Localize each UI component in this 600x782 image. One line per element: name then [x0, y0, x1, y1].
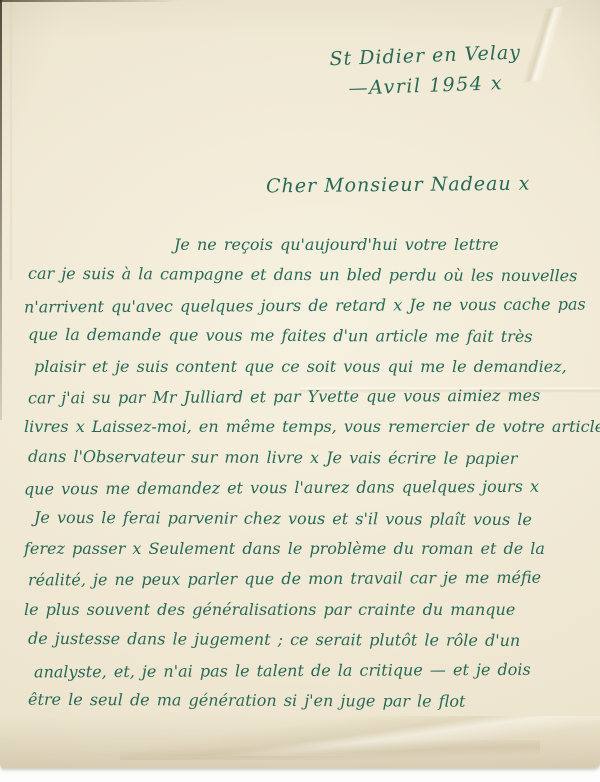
letter-line: de justesse dans le jugement ; ce serait… [28, 624, 576, 657]
letter-photo: St Didier en Velay —Avril 1954 x Cher Mo… [0, 0, 600, 782]
letter-header: St Didier en Velay —Avril 1954 x [329, 40, 571, 100]
letter-line: le plus souvent des généralisations par … [24, 595, 576, 625]
letter-line: réalité, je ne peux parler que de mon tr… [28, 563, 576, 596]
photo-edge-shadow [0, 0, 2, 420]
letter-line: car j'ai su par Mr Julliard et par Yvett… [28, 381, 576, 414]
letter-line: dans l'Observateur sur mon livre x Je va… [28, 442, 576, 475]
letter-line: car je suis à la campagne et dans un ble… [28, 259, 576, 292]
letter-line: être le seul de ma génération si j'en ju… [28, 685, 576, 718]
paper-crease [0, 716, 600, 756]
paper-crease [8, 0, 14, 280]
letter-line: ferez passer x Seulement dans le problèm… [24, 534, 576, 564]
letter-line: plaisir et je suis content que ce soit v… [34, 352, 576, 382]
photo-edge-shadow [0, 0, 180, 2]
letter-line: que la demande que vous me faites d'un a… [28, 320, 576, 353]
letter-line: Je vous le ferai parvenir chez vous et s… [34, 502, 576, 535]
letter-line: livres x Laissez-moi, en même temps, vou… [24, 412, 576, 442]
letter-sheet: St Didier en Velay —Avril 1954 x Cher Mo… [0, 0, 600, 768]
letter-date: —Avril 1954 x [348, 70, 571, 100]
letter-place: St Didier en Velay [329, 40, 570, 70]
letter-body: Je ne reçois qu'aujourd'hui votre lettre… [24, 230, 576, 717]
letter-line: n'arrivent qu'avec quelques jours de ret… [24, 289, 576, 322]
letter-line: Je ne reçois qu'aujourd'hui votre lettre [24, 230, 576, 260]
letter-line: que vous me demandez et vous l'aurez dan… [24, 472, 576, 505]
paper-crease [120, 740, 540, 760]
letter-line: analyste, et, je n'ai pas le talent de l… [34, 654, 576, 687]
letter-salutation: Cher Monsieur Nadeau x [266, 173, 531, 198]
